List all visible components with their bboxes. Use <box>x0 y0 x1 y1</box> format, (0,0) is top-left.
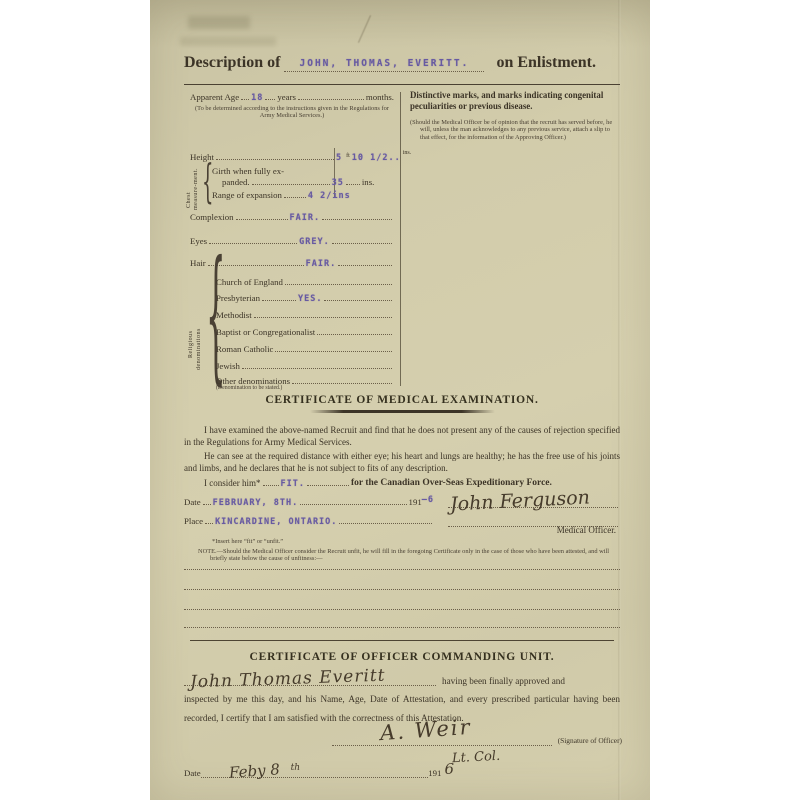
column-divider <box>400 92 401 386</box>
officer-signature-line <box>332 742 552 746</box>
officer-name-row: John Thomas Everitt having been finally … <box>184 668 620 686</box>
girth-label-line2: panded. <box>222 177 250 187</box>
religion-value-typed: YES. <box>298 294 322 304</box>
apparent-age-label: Apparent Age <box>190 92 239 102</box>
description-right-column: Distinctive marks, and marks indicating … <box>410 90 620 141</box>
girth-value: 35 <box>332 178 344 188</box>
years-label: years <box>277 92 296 102</box>
blank-line <box>184 627 620 628</box>
height-row: Height 5 ft 10 1/2.. ins. <box>190 150 394 162</box>
title-rule <box>184 84 620 85</box>
chest-vertical-label-2: measure-ment. <box>193 168 200 210</box>
complexion-value: FAIR. <box>290 213 321 223</box>
officer-certificate-heading: CERTIFICATE OF OFFICER COMMANDING UNIT. <box>184 651 620 663</box>
title-prefix: Description of <box>184 54 280 72</box>
signature-of-officer-label: (Signature of Officer) <box>558 736 622 745</box>
hair-label: Hair <box>190 258 206 268</box>
religion-vertical-label-1: Religious <box>188 298 195 358</box>
year-typed: –6 <box>422 495 434 505</box>
officer-date-superscript: th <box>291 763 300 773</box>
blank-line <box>184 569 620 570</box>
blank-line <box>184 609 620 610</box>
recruit-name-handwritten: John Thomas Everitt <box>190 666 386 693</box>
medical-date-row: Date FEBRUARY, 8TH. 191 –6 <box>184 497 434 507</box>
apparent-age-note: (To be determined according to the instr… <box>192 105 392 120</box>
officer-date-label: Date <box>184 768 201 778</box>
religion-row-jewish: Jewish <box>216 354 394 371</box>
religion-row-other: Other denominations <box>216 371 394 386</box>
apparent-age-value: 18 <box>251 93 263 103</box>
religion-row-church-of-england: Church of England <box>216 272 394 287</box>
officer-year-printed: 191 <box>428 768 441 778</box>
scratch-mark <box>358 15 371 43</box>
blank-line-solid <box>190 640 614 641</box>
date-label: Date <box>184 497 201 507</box>
chest-vertical-label-1: Chest <box>186 170 193 208</box>
officer-date-handwritten: Feby 8 <box>228 760 280 782</box>
medical-officer-role: Medical Officer. <box>557 525 616 535</box>
apparent-age-row: Apparent Age 18 years months. <box>190 92 394 102</box>
complexion-row: Complexion FAIR. <box>190 212 394 222</box>
officer-rank-handwritten: Lt. Col. <box>452 749 501 767</box>
religion-label: Methodist <box>216 310 252 320</box>
chest-measurement-group: Chest measure-ment. { Girth when fully e… <box>190 166 396 210</box>
religion-label: Presbyterian <box>216 293 260 303</box>
consider-row: I consider him* FIT. for the Canadian Ov… <box>184 478 620 488</box>
medical-date-value: FEBRUARY, 8TH. <box>213 498 299 508</box>
range-expansion-label: Range of expansion <box>212 190 282 200</box>
consider-suffix: for the Canadian Over-Seas Expeditionary… <box>351 478 552 488</box>
complexion-label: Complexion <box>190 212 234 222</box>
officer-signature: A. Weir <box>379 715 472 745</box>
eyes-label: Eyes <box>190 236 207 246</box>
description-left-column: Apparent Age 18 years months. (To be det… <box>190 90 396 390</box>
religion-other-note: (Denomination to be stated.) <box>216 385 394 392</box>
range-expansion-value: 4 2/ins <box>308 191 351 201</box>
heading-rule <box>310 410 495 413</box>
height-feet-value: 5 <box>336 153 342 163</box>
distinctive-marks-heading: Distinctive marks, and marks indicating … <box>410 90 620 111</box>
girth-label-line1: Girth when fully ex- <box>212 166 394 176</box>
scanned-document-page: { "title": { "prefix": "Description of",… <box>0 0 800 800</box>
religion-row-methodist: Methodist <box>216 303 394 320</box>
bleed-through-smudge <box>180 37 276 46</box>
religion-vertical-label-2: denominations <box>196 288 203 370</box>
medical-para-1: I have examined the above-named Recruit … <box>184 425 620 448</box>
title-row: Description of JOHN, THOMAS, EVERITT. on… <box>184 53 620 72</box>
religion-label: Roman Catholic <box>216 344 273 354</box>
religion-label: Baptist or Congregationalist <box>216 327 315 337</box>
title-suffix: on Enlistment. <box>496 54 596 72</box>
fit-value-typed: FIT. <box>281 479 305 489</box>
recruit-name-typed: JOHN, THOMAS, EVERITT. <box>300 58 470 69</box>
title-name-line: JOHN, THOMAS, EVERITT. <box>284 53 484 72</box>
place-label: Place <box>184 516 203 526</box>
bleed-through-smudge <box>188 16 250 29</box>
officer-date-row: Date Feby 8 th 191 6 <box>184 762 454 778</box>
medical-certificate-heading-block: CERTIFICATE OF MEDICAL EXAMINATION. <box>184 394 620 413</box>
officer-name-line: John Thomas Everitt <box>184 670 436 686</box>
medical-place-value: KINCARDINE, ONTARIO. <box>215 517 337 527</box>
hair-value: FAIR. <box>306 259 337 269</box>
medical-para-2: He can see at the required distance with… <box>184 451 620 474</box>
religion-rows: Church of England Presbyterian YES. Meth… <box>216 272 394 392</box>
religion-row-baptist: Baptist or Congregationalist <box>216 320 394 337</box>
year-printed: 191 <box>409 497 422 507</box>
fit-footnote: *Insert here “fit” or “unfit.” <box>212 538 283 545</box>
religion-row-roman-catholic: Roman Catholic <box>216 337 394 354</box>
religion-row-presbyterian: Presbyterian YES. <box>216 287 394 303</box>
description-section: Apparent Age 18 years months. (To be det… <box>184 90 620 390</box>
officer-date-line: Feby 8 th <box>201 763 429 778</box>
ft-label: ft <box>346 153 350 159</box>
medical-note: NOTE.—Should the Medical Officer conside… <box>184 548 620 563</box>
height-inches-value: 10 1/2.. <box>352 153 401 163</box>
girth-unit: ins. <box>362 177 374 187</box>
distinctive-marks-note: (Should the Medical Officer be of opinio… <box>410 119 620 141</box>
medical-place-row: Place KINCARDINE, ONTARIO. <box>184 516 434 526</box>
officer-para-after-name: having been finally approved and <box>442 676 565 686</box>
consider-prefix: I consider him* <box>204 478 261 488</box>
religion-label: Church of England <box>216 277 283 287</box>
eyes-value: GREY. <box>299 237 330 247</box>
ins-label: ins. <box>403 150 412 156</box>
months-label: months. <box>366 92 394 102</box>
blank-line <box>184 589 620 590</box>
religion-group: Religious denominations { Church of Engl… <box>190 272 396 390</box>
medical-certificate-heading: CERTIFICATE OF MEDICAL EXAMINATION. <box>184 394 620 406</box>
attestation-paper: Description of JOHN, THOMAS, EVERITT. on… <box>150 0 650 800</box>
religion-label: Jewish <box>216 361 240 371</box>
medical-officer-signature: John Ferguson <box>450 486 591 515</box>
officer-year-handwritten: 6 <box>444 760 454 778</box>
girth-lines: Girth when fully ex- panded. 35 ins. Ran… <box>212 166 394 200</box>
